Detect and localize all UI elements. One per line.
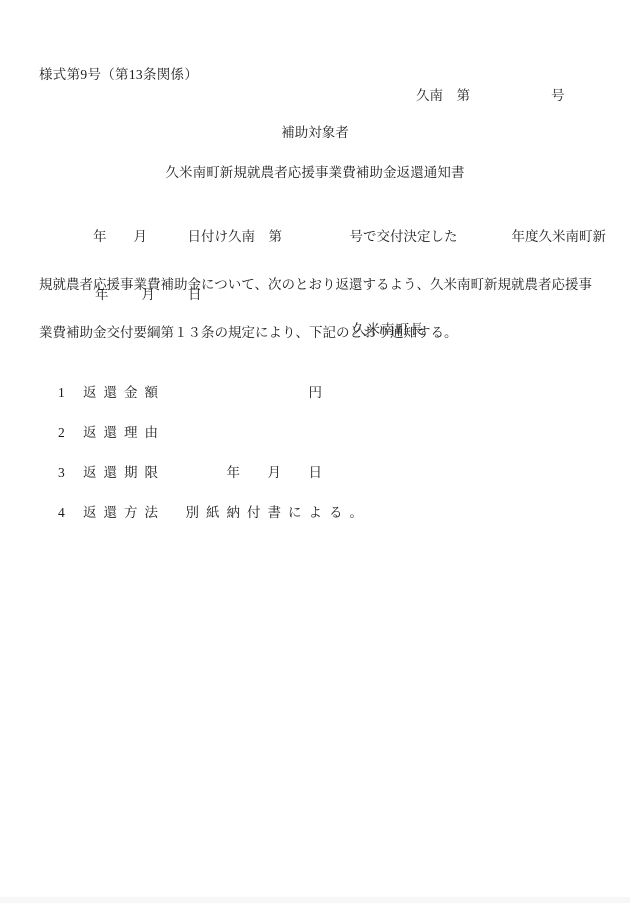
list-item-refund-method: 4返還方法 別紙納付書による。 — [58, 506, 370, 520]
document-page: 様式第9号（第13条関係） 久南 第 号 補助対象者 久米南町新規就農者応援事業… — [0, 0, 630, 903]
doc-number-line: 久南 第 号 — [416, 89, 565, 103]
list-item-refund-amount: 1返還金額 円 — [58, 386, 329, 400]
addressee: 補助対象者 — [0, 126, 630, 140]
document-title: 久米南町新規就農者応援事業費補助金返還通知書 — [0, 166, 630, 180]
item-text: 返還理由 — [83, 425, 165, 440]
body-line-1: 年 月 日付け久南 第 号で交付決定した 年度久米南町新 — [39, 226, 606, 247]
page-bottom-edge — [0, 897, 630, 903]
body-line-3: 業費補助金交付要綱第１３条の規定により、下記のとおり通知する。 — [39, 322, 606, 343]
sender-name: 久米南町長 — [352, 323, 425, 337]
item-text: 返還方法 別紙納付書による。 — [83, 505, 370, 520]
item-text: 返還期限 年 月 日 — [83, 465, 329, 480]
item-text: 返還金額 円 — [83, 385, 329, 400]
item-number: 4 — [58, 506, 83, 520]
form-number: 様式第9号（第13条関係） — [39, 68, 198, 82]
list-item-refund-deadline: 3返還期限 年 月 日 — [58, 466, 329, 480]
body-paragraph: 年 月 日付け久南 第 号で交付決定した 年度久米南町新 規就農者応援事業費補助… — [39, 199, 606, 370]
item-number: 2 — [58, 426, 83, 440]
date-line: 年 月 日 — [95, 288, 204, 302]
list-item-refund-reason: 2返還理由 — [58, 426, 165, 440]
item-number: 1 — [58, 386, 83, 400]
item-number: 3 — [58, 466, 83, 480]
